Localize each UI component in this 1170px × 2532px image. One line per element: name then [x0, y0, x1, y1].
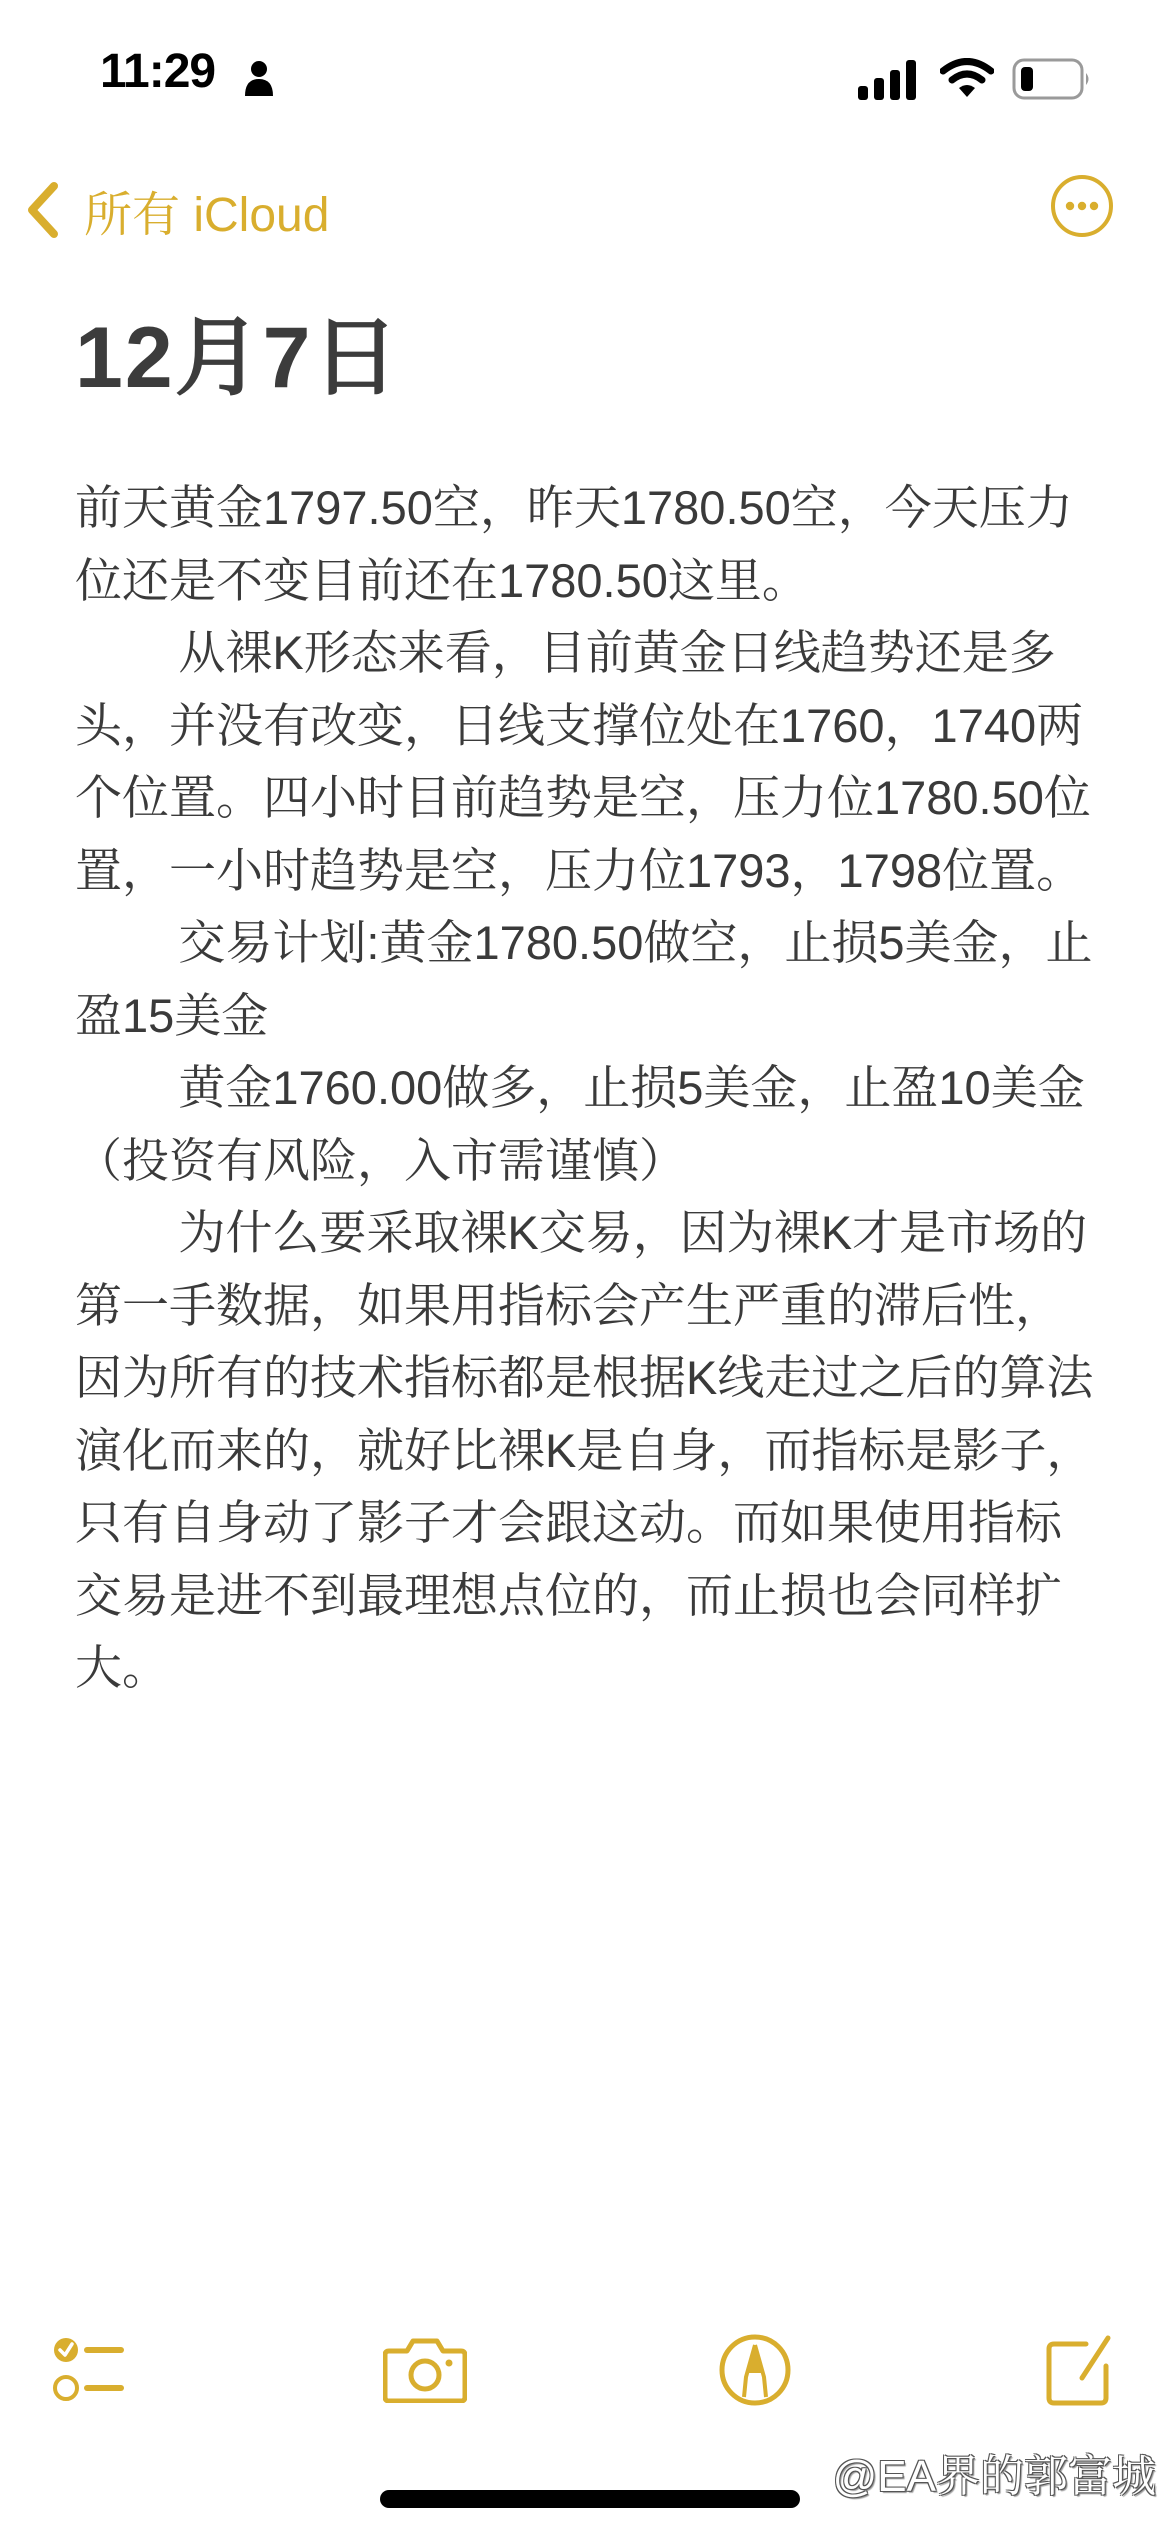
battery-low-icon [1012, 58, 1092, 100]
wifi-icon [940, 58, 994, 98]
note-paragraph: 交易计划:黄金1780.50做空，止损5美金，止盈15美金 [75, 907, 1095, 1052]
cellular-signal-icon [858, 60, 920, 100]
note-paragraph: 前天黄金1797.50空，昨天1780.50空，今天压力位还是不变目前还在178… [75, 472, 1095, 617]
bottom-toolbar [0, 2320, 1170, 2420]
compose-button[interactable] [1030, 2320, 1130, 2420]
note-title[interactable]: 12月7日 [75, 288, 401, 412]
checklist-button[interactable] [40, 2320, 140, 2420]
note-body[interactable]: 前天黄金1797.50空，昨天1780.50空，今天压力位还是不变目前还在178… [75, 472, 1095, 1705]
chevron-left-icon [24, 180, 60, 240]
back-label: 所有 iCloud [84, 176, 329, 245]
camera-icon [383, 2337, 467, 2403]
person-icon [244, 60, 274, 96]
pen-tip-circle-icon [718, 2333, 792, 2407]
more-button[interactable] [1050, 174, 1114, 238]
checklist-icon [52, 2334, 128, 2406]
compose-icon [1046, 2334, 1114, 2406]
note-paragraph: 黄金1760.00做多，止损5美金，止盈10美金（投资有风险，入市需谨慎） [75, 1052, 1095, 1197]
status-time: 11:29 [100, 44, 215, 99]
navigation-bar: 所有 iCloud [0, 160, 1170, 260]
watermark: @EA界的郭富城 [833, 2440, 1156, 2504]
camera-button[interactable] [375, 2320, 475, 2420]
status-bar: 11:29 [0, 0, 1170, 150]
note-paragraph: 从裸K形态来看，目前黄金日线趋势还是多头，并没有改变，日线支撑位处在1760，1… [75, 617, 1095, 907]
markup-button[interactable] [705, 2320, 805, 2420]
home-indicator[interactable] [380, 2490, 800, 2508]
back-button[interactable]: 所有 iCloud [24, 178, 329, 242]
note-paragraph: 为什么要采取裸K交易，因为裸K才是市场的第一手数据，如果用指标会产生严重的滞后性… [75, 1197, 1095, 1705]
